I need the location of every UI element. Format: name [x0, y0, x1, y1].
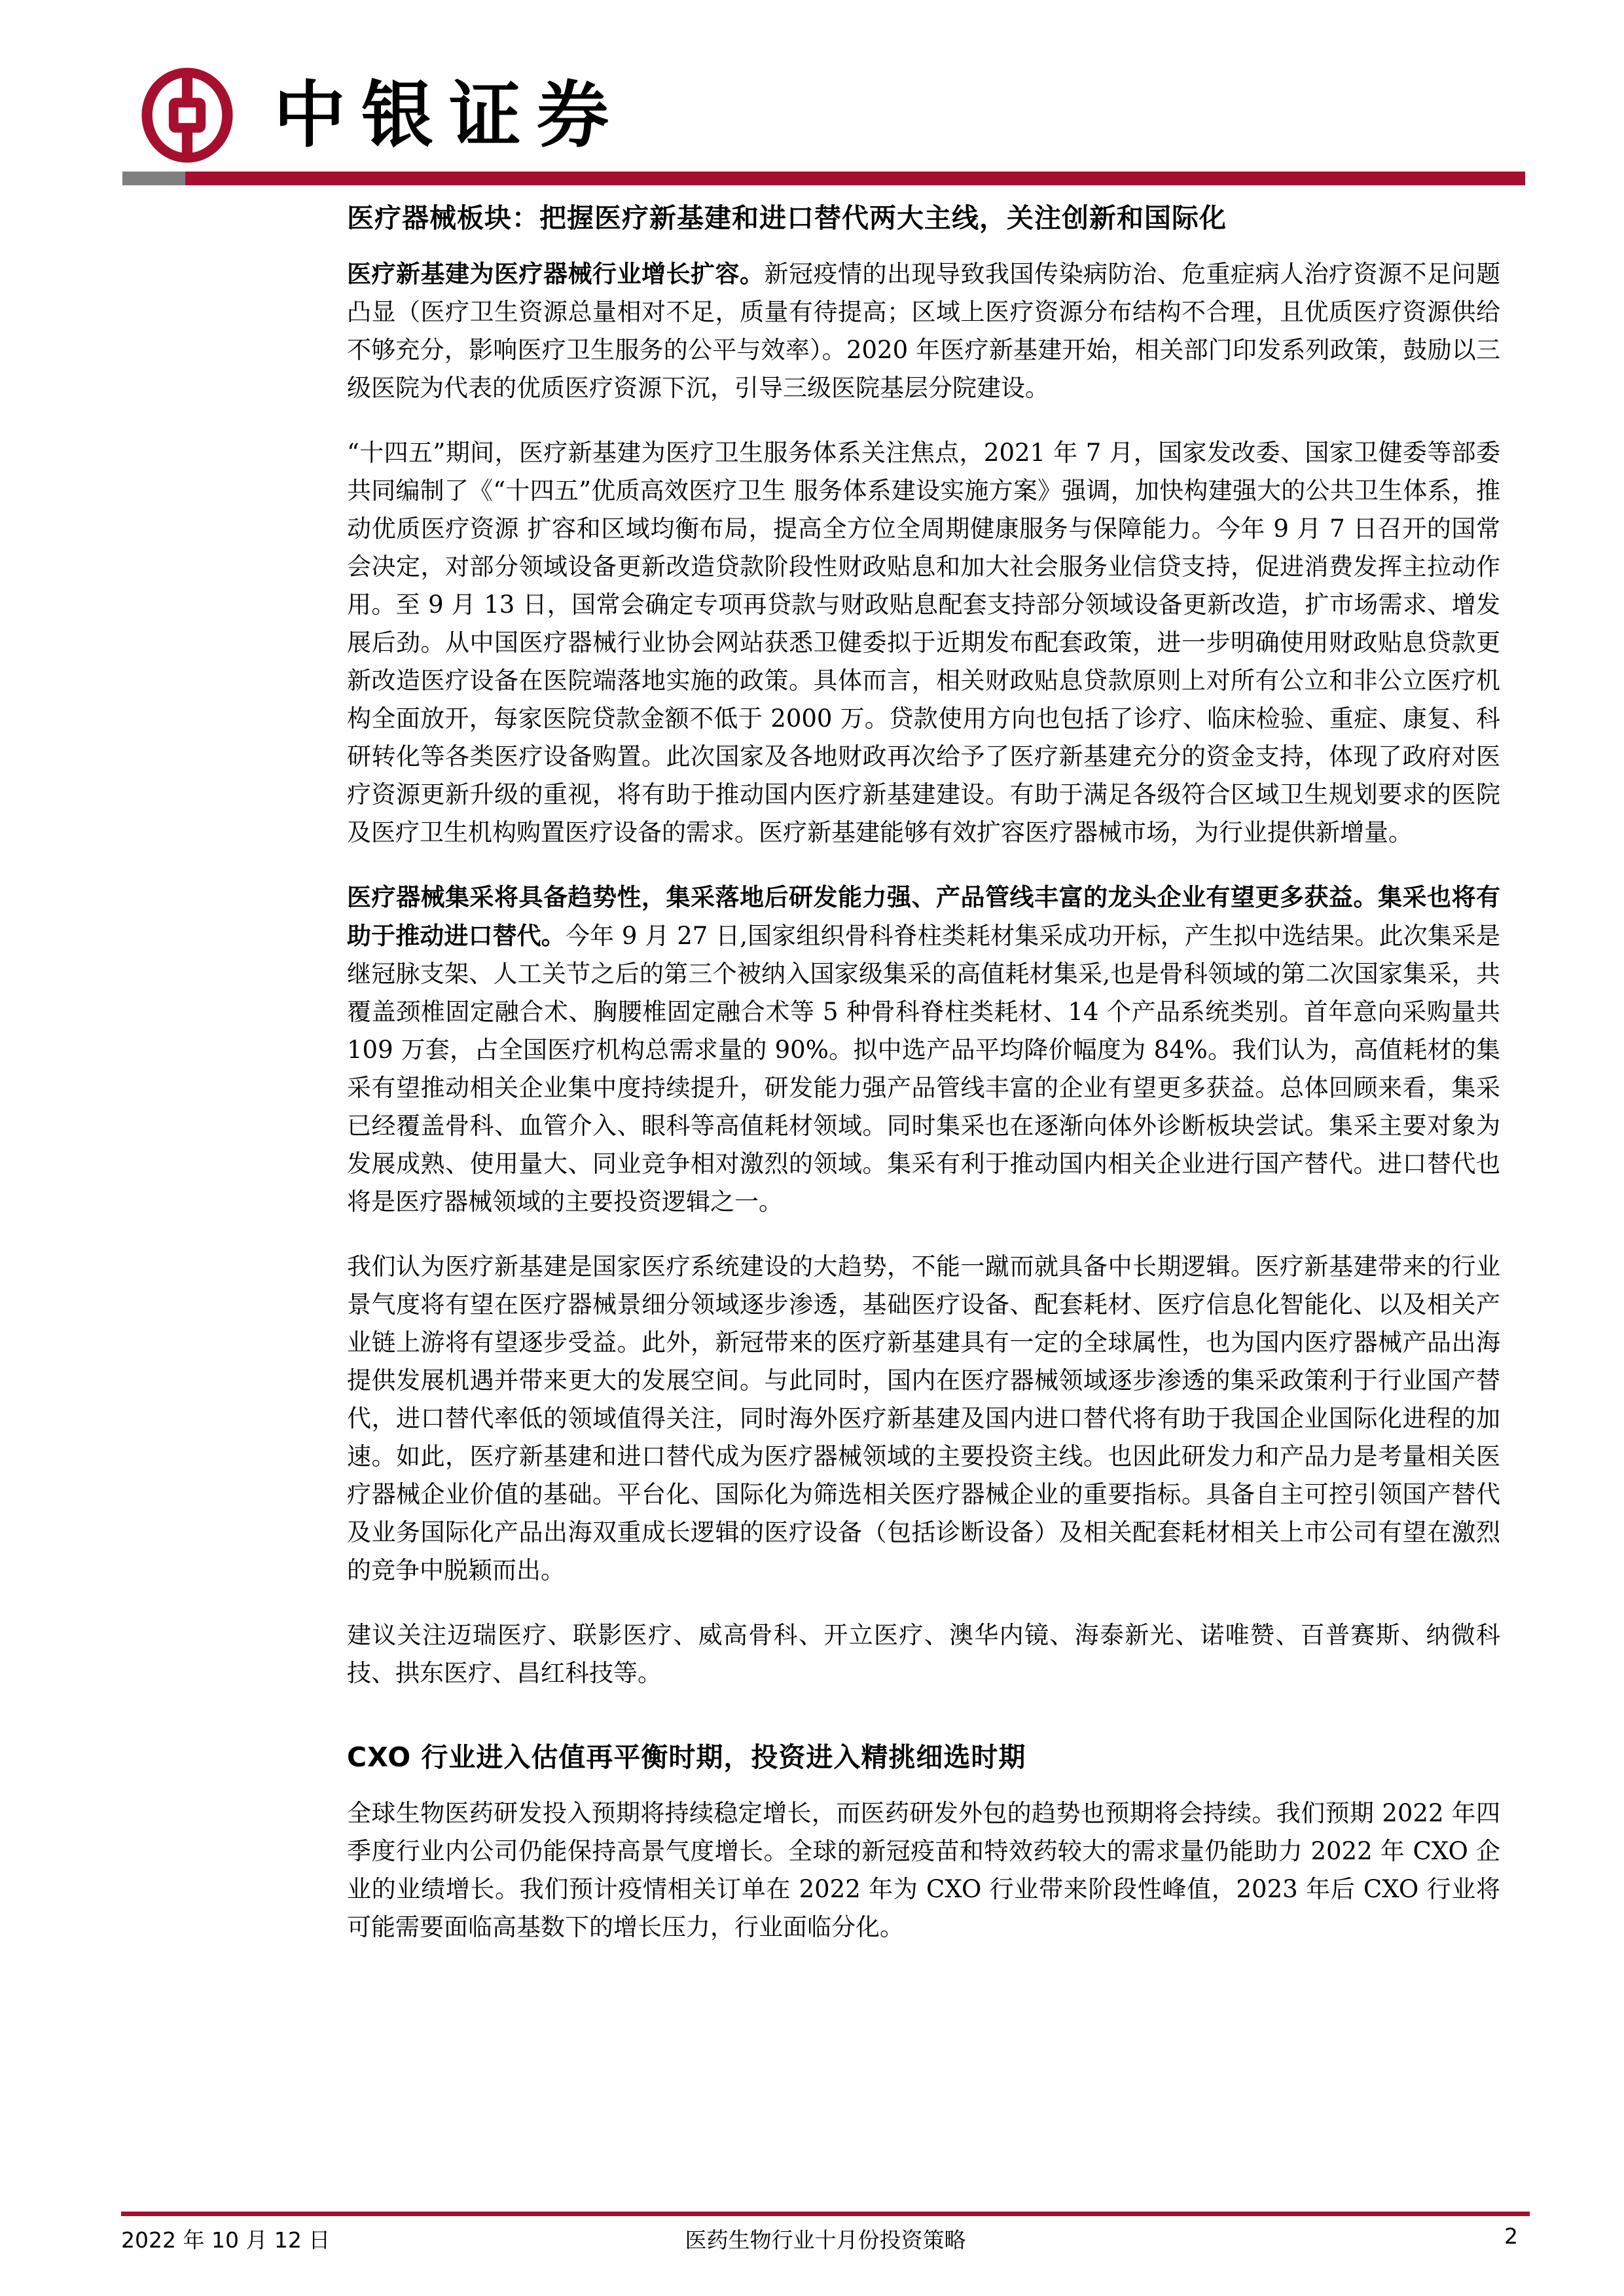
header-rule: [122, 172, 1525, 185]
paragraph-lead: 医疗新基建为医疗器械行业增长扩容。: [347, 259, 765, 288]
paragraph-text: “十四五”期间，医疗新基建为医疗卫生服务体系关注焦点，2021 年 7 月，国家…: [347, 439, 1500, 847]
report-footer: 2022 年 10 月 12 日 医药生物行业十月份投资策略 2: [121, 2223, 1530, 2252]
paragraph-devices-4: 我们认为医疗新基建是国家医疗系统建设的大趋势，不能一蹴而就具备中长期逻辑。医疗新…: [347, 1247, 1500, 1590]
report-page: 中银证券 医疗器械板块：把握医疗新基建和进口替代两大主线，关注创新和国际化 医疗…: [0, 0, 1624, 2296]
paragraph-text: 今年 9 月 27 日,国家组织骨科脊柱类耗材集采成功开标，产生拟中选结果。此次…: [347, 922, 1500, 1216]
footer-page-number: 2: [1504, 2223, 1518, 2249]
paragraph-devices-1: 医疗新基建为医疗器械行业增长扩容。新冠疫情的出现导致我国传染病防治、危重症病人治…: [347, 255, 1500, 407]
paragraph-text: 建议关注迈瑞医疗、联影医疗、威高骨科、开立医疗、澳华内镜、海泰新光、诺唯赞、百普…: [347, 1621, 1500, 1687]
paragraph-devices-recommendations: 建议关注迈瑞医疗、联影医疗、威高骨科、开立医疗、澳华内镜、海泰新光、诺唯赞、百普…: [347, 1616, 1500, 1692]
brand-name: 中银证券: [274, 72, 624, 158]
paragraph-text: 我们认为医疗新基建是国家医疗系统建设的大趋势，不能一蹴而就具备中长期逻辑。医疗新…: [347, 1252, 1500, 1584]
footer-rule: [121, 2212, 1530, 2216]
paragraph-cxo-1: 全球生物医药研发投入预期将持续稳定增长，而医药研发外包的趋势也预期将会持续。我们…: [347, 1794, 1500, 1946]
section-title-cxo: CXO 行业进入估值再平衡时期，投资进入精挑细选时期: [347, 1736, 1500, 1774]
paragraph-text: 全球生物医药研发投入预期将持续稳定增长，而医药研发外包的趋势也预期将会持续。我们…: [347, 1799, 1500, 1941]
footer-doc-title: 医药生物行业十月份投资策略: [685, 2223, 966, 2254]
section-title-medical-devices: 医疗器械板块：把握医疗新基建和进口替代两大主线，关注创新和国际化: [347, 196, 1500, 235]
paragraph-devices-3: 医疗器械集采将具备趋势性，集采落地后研发能力强、产品管线丰富的龙头企业有望更多获…: [347, 878, 1500, 1221]
footer-date: 2022 年 10 月 12 日: [121, 2223, 330, 2254]
paragraph-devices-2: “十四五”期间，医疗新基建为医疗卫生服务体系关注焦点，2021 年 7 月，国家…: [347, 433, 1500, 852]
report-body: 医疗器械板块：把握医疗新基建和进口替代两大主线，关注创新和国际化 医疗新基建为医…: [347, 196, 1500, 1973]
boc-coin-logo-icon: [139, 65, 236, 165]
header-rule-red-segment: [185, 172, 1525, 185]
header-rule-gray-segment: [122, 172, 185, 185]
brand: 中银证券: [139, 65, 624, 165]
